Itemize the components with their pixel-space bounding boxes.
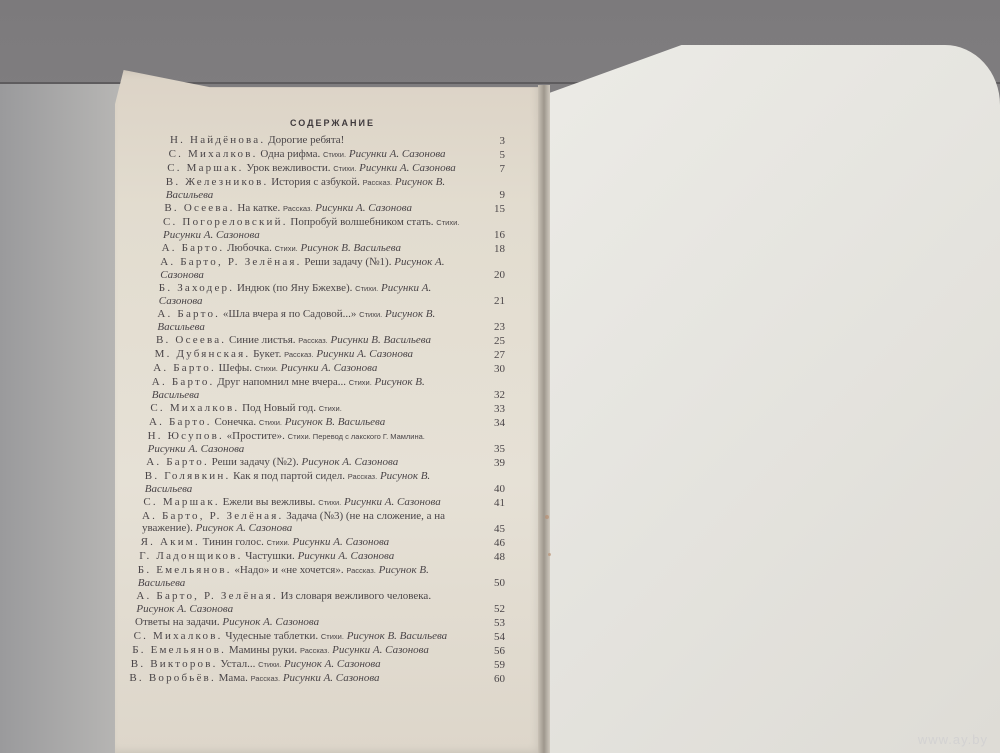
toc-entry-text: Ответы на задачи. Рисунок А. Сазонова bbox=[135, 616, 465, 629]
toc-entry: А. Барто. Любочка. Стихи. Рисунок В. Вас… bbox=[162, 242, 505, 255]
entry-kind: Стихи. bbox=[259, 418, 282, 427]
entry-kind: Рассказ. bbox=[348, 472, 377, 481]
toc-entry-text: С. Михалков. Одна рифма. Стихи. Рисунки … bbox=[169, 148, 465, 161]
entry-title: «Простите». bbox=[227, 430, 285, 442]
entry-title: Любочка. bbox=[227, 242, 272, 254]
toc-entry: А. Барто. Друг напомнил мне вчера... Сти… bbox=[152, 376, 505, 401]
entry-author: С. Маршак. bbox=[167, 162, 243, 174]
entry-page-number: 56 bbox=[494, 645, 505, 657]
toc-entry: Б. Емельянов. Мамины руки. Рассказ. Рису… bbox=[132, 644, 505, 657]
entry-author: С. Погореловский. bbox=[163, 216, 288, 228]
toc-entry-text: В. Железников. История с азбукой. Расска… bbox=[166, 176, 465, 201]
entry-illustrator: Рисунок А. Сазонова bbox=[196, 522, 293, 534]
entry-page-number: 3 bbox=[500, 135, 506, 147]
toc-entry: А. Барто. Шефы. Стихи. Рисунки А. Сазоно… bbox=[153, 362, 505, 375]
entry-page-number: 23 bbox=[494, 321, 505, 333]
right-page-blank bbox=[545, 45, 1000, 753]
entry-kind: Рассказ. bbox=[284, 350, 313, 359]
toc-entry-text: С. Погореловский. Попробуй волшебником с… bbox=[163, 216, 465, 241]
toc-entry: С. Маршак. Ежели вы вежливы. Стихи. Рису… bbox=[143, 496, 505, 509]
toc-entry-text: Н. Найдёнова. Дорогие ребята! bbox=[170, 134, 465, 147]
entry-page-number: 59 bbox=[494, 659, 505, 671]
entry-author: М. Дубянская. bbox=[155, 348, 251, 360]
entry-kind: Стихи. bbox=[318, 498, 341, 507]
entry-illustrator: Рисунки А. Сазонова bbox=[349, 148, 446, 160]
entry-author: А. Барто. bbox=[162, 242, 225, 254]
toc-entry-text: М. Дубянская. Букет. Рассказ. Рисунки А.… bbox=[155, 348, 465, 361]
entry-page-number: 25 bbox=[494, 335, 505, 347]
entry-page-number: 32 bbox=[494, 389, 505, 401]
entry-kind: Рассказ. bbox=[346, 566, 375, 575]
entry-author: Б. Заходер. bbox=[159, 282, 234, 294]
entry-illustrator: Рисунок А. Сазонова bbox=[136, 603, 233, 615]
entry-title: «Шла вчера я по Садовой...» bbox=[223, 308, 357, 320]
entry-illustrator: Рисунки А. Сазонова bbox=[148, 443, 245, 455]
entry-title: История с азбукой. bbox=[271, 176, 360, 188]
open-book: СОДЕРЖАНИЕ Н. Найдёнова. Дорогие ребята!… bbox=[0, 0, 1000, 753]
entry-page-number: 20 bbox=[494, 269, 505, 281]
entry-title: Под Новый год. bbox=[242, 402, 316, 414]
entry-title: Как я под партой сидел. bbox=[233, 470, 345, 482]
toc-entry-text: В. Голявкин. Как я под партой сидел. Рас… bbox=[145, 470, 465, 495]
entry-author: А. Барто. bbox=[152, 376, 215, 388]
toc-entry: А. Барто, Р. Зелёная. Задача (№3) (не на… bbox=[142, 510, 505, 535]
toc-entry-text: Б. Емельянов. Мамины руки. Рассказ. Рису… bbox=[132, 644, 465, 657]
entry-kind: Стихи. bbox=[275, 244, 298, 253]
toc-entry-text: А. Барто, Р. Зелёная. Задача (№3) (не на… bbox=[142, 510, 465, 535]
entry-author: А. Барто. bbox=[157, 308, 220, 320]
toc-entry: М. Дубянская. Букет. Рассказ. Рисунки А.… bbox=[155, 348, 505, 361]
entry-title: Реши задачу (№1). bbox=[304, 256, 391, 268]
toc-entry: В. Осеева. Синие листья. Рассказ. Рисунк… bbox=[156, 334, 505, 347]
toc-entry: С. Михалков. Под Новый год. Стихи. 33 bbox=[150, 402, 505, 415]
entry-author: Г. Ладонщиков. bbox=[139, 550, 242, 562]
entry-kind: Рассказ. bbox=[283, 204, 312, 213]
entry-kind: Стихи. bbox=[333, 164, 356, 173]
toc-entry: Н. Найдёнова. Дорогие ребята! 3 bbox=[170, 134, 505, 147]
entry-author: В. Воробьёв. bbox=[129, 672, 216, 684]
entry-kind: Рассказ. bbox=[363, 178, 392, 187]
entry-page-number: 18 bbox=[494, 243, 505, 255]
entry-author: Н. Юсупов. bbox=[148, 430, 224, 442]
entry-title: Чудесные таблетки. bbox=[225, 630, 318, 642]
entry-kind: Стихи. bbox=[359, 310, 382, 319]
entry-author: А. Барто, Р. Зелёная. bbox=[142, 510, 283, 522]
toc-entry: В. Осеева. На катке. Рассказ. Рисунки А.… bbox=[164, 202, 505, 215]
entry-title: Синие листья. bbox=[229, 334, 296, 346]
entry-illustrator: Рисунок В. Васильева bbox=[285, 416, 385, 428]
entry-author: В. Голявкин. bbox=[145, 470, 231, 482]
entry-kind: Стихи. bbox=[355, 284, 378, 293]
entry-title: Шефы. bbox=[219, 362, 252, 374]
toc-entry-text: А. Барто. Друг напомнил мне вчера... Сти… bbox=[152, 376, 465, 401]
toc-entry: Я. Аким. Тинин голос. Стихи. Рисунки А. … bbox=[141, 536, 505, 549]
entry-illustrator: Рисунок А. Сазонова bbox=[302, 456, 399, 468]
toc-entry-text: С. Михалков. Под Новый год. Стихи. bbox=[150, 402, 465, 415]
entry-kind: Стихи. bbox=[319, 404, 342, 413]
entry-title: Урок вежливости. bbox=[246, 162, 330, 174]
toc-entry-text: В. Осеева. Синие листья. Рассказ. Рисунк… bbox=[156, 334, 465, 347]
entry-author: Б. Емельянов. bbox=[132, 644, 226, 656]
entry-illustrator: Рисунки В. Васильева bbox=[331, 334, 431, 346]
entry-author: С. Михалков. bbox=[150, 402, 239, 414]
toc-entry: С. Михалков. Чудесные таблетки. Стихи. Р… bbox=[134, 630, 505, 643]
entry-page-number: 5 bbox=[500, 149, 506, 161]
entry-author: А. Барто, Р. Зелёная. bbox=[160, 256, 301, 268]
entry-kind: Стихи. bbox=[436, 218, 459, 227]
toc-entry-text: С. Маршак. Урок вежливости. Стихи. Рисун… bbox=[167, 162, 465, 175]
entry-kind: Рассказ. bbox=[300, 646, 329, 655]
entry-illustrator: Рисунки А. Сазонова bbox=[292, 536, 389, 548]
entry-illustrator: Рисунки А. Сазонова bbox=[163, 229, 260, 241]
entry-page-number: 34 bbox=[494, 417, 505, 429]
entry-illustrator: Рисунки А. Сазонова bbox=[359, 162, 456, 174]
entry-page-number: 16 bbox=[494, 229, 505, 241]
entry-kind: Стихи. bbox=[323, 150, 346, 159]
entry-page-number: 60 bbox=[494, 673, 505, 685]
toc-entry-text: А. Барто. Сонечка. Стихи. Рисунок В. Вас… bbox=[149, 416, 465, 429]
entry-title: Тинин голос. bbox=[203, 536, 264, 548]
entry-author: А. Барто. bbox=[149, 416, 212, 428]
entry-page-number: 52 bbox=[494, 603, 505, 615]
entry-title: Устал... bbox=[220, 658, 255, 670]
entry-title: Частушки. bbox=[245, 550, 295, 562]
entry-kind: Стихи. bbox=[349, 378, 372, 387]
toc-list: Н. Найдёнова. Дорогие ребята! 3С. Михалк… bbox=[120, 134, 505, 685]
table-of-contents: СОДЕРЖАНИЕ Н. Найдёнова. Дорогие ребята!… bbox=[120, 118, 505, 686]
toc-entry-text: А. Барто. Любочка. Стихи. Рисунок В. Вас… bbox=[162, 242, 465, 255]
toc-title: СОДЕРЖАНИЕ bbox=[160, 118, 505, 128]
entry-page-number: 27 bbox=[494, 349, 505, 361]
entry-page-number: 33 bbox=[494, 403, 505, 415]
toc-entry: Б. Емельянов. «Надо» и «не хочется». Рас… bbox=[138, 564, 505, 589]
entry-author: Б. Емельянов. bbox=[138, 564, 232, 576]
entry-title: Индюк (по Яну Бжехве). bbox=[237, 282, 352, 294]
entry-title: Ответы на задачи. bbox=[135, 616, 220, 628]
entry-title: Из словаря вежливого человека. bbox=[281, 590, 431, 602]
watermark: www.ay.by bbox=[918, 732, 988, 747]
entry-author: В. Осеева. bbox=[156, 334, 226, 346]
toc-entry: С. Маршак. Урок вежливости. Стихи. Рисун… bbox=[167, 162, 505, 175]
entry-illustrator: Рисунки А. Сазонова bbox=[315, 202, 412, 214]
entry-author: А. Барто. bbox=[146, 456, 209, 468]
toc-entry: С. Михалков. Одна рифма. Стихи. Рисунки … bbox=[169, 148, 505, 161]
entry-illustrator: Рисунки А. Сазонова bbox=[344, 496, 441, 508]
toc-entry-text: А. Барто, Р. Зелёная. Реши задачу (№1). … bbox=[160, 256, 465, 281]
entry-kind: Рассказ. bbox=[251, 674, 280, 683]
entry-kind: Рассказ. bbox=[298, 336, 327, 345]
entry-page-number: 7 bbox=[500, 163, 506, 175]
entry-title: На катке. bbox=[237, 202, 280, 214]
toc-entry: С. Погореловский. Попробуй волшебником с… bbox=[163, 216, 505, 241]
entry-author: А. Барто, Р. Зелёная. bbox=[136, 590, 277, 602]
entry-page-number: 9 bbox=[500, 189, 506, 201]
toc-entry-text: В. Осеева. На катке. Рассказ. Рисунки А.… bbox=[164, 202, 465, 215]
entry-author: Я. Аким. bbox=[141, 536, 200, 548]
toc-entry-text: А. Барто. Шефы. Стихи. Рисунки А. Сазоно… bbox=[153, 362, 465, 375]
entry-illustrator: Рисунок В. Васильева bbox=[347, 630, 447, 642]
toc-entry-text: Н. Юсупов. «Простите». Стихи. Перевод с … bbox=[148, 430, 465, 455]
entry-kind: Стихи. bbox=[258, 660, 281, 669]
entry-page-number: 41 bbox=[494, 497, 505, 509]
entry-author: А. Барто. bbox=[153, 362, 216, 374]
toc-entry-text: А. Барто, Р. Зелёная. Из словаря вежливо… bbox=[136, 590, 465, 615]
entry-page-number: 50 bbox=[494, 577, 505, 589]
entry-author: В. Железников. bbox=[166, 176, 269, 188]
entry-title: Сонечка. bbox=[214, 416, 256, 428]
entry-author: С. Маршак. bbox=[143, 496, 219, 508]
toc-entry-text: А. Барто. Реши задачу (№2). Рисунок А. С… bbox=[146, 456, 465, 469]
toc-entry-text: Я. Аким. Тинин голос. Стихи. Рисунки А. … bbox=[141, 536, 465, 549]
toc-entry-text: С. Маршак. Ежели вы вежливы. Стихи. Рису… bbox=[143, 496, 465, 509]
entry-kind: Стихи. bbox=[267, 538, 290, 547]
toc-entry-text: В. Викторов. Устал... Стихи. Рисунок А. … bbox=[131, 658, 465, 671]
entry-title: Ежели вы вежливы. bbox=[223, 496, 316, 508]
toc-entry-text: Г. Ладонщиков. Частушки. Рисунки А. Сазо… bbox=[139, 550, 465, 563]
entry-author: Н. Найдёнова. bbox=[170, 134, 265, 146]
entry-page-number: 48 bbox=[494, 551, 505, 563]
entry-page-number: 35 bbox=[494, 443, 505, 455]
toc-entry-text: Б. Заходер. Индюк (по Яну Бжехве). Стихи… bbox=[159, 282, 465, 307]
toc-entry: А. Барто, Р. Зелёная. Реши задачу (№1). … bbox=[160, 256, 505, 281]
toc-entry: Б. Заходер. Индюк (по Яну Бжехве). Стихи… bbox=[159, 282, 505, 307]
entry-illustrator: Рисунок А. Сазонова bbox=[284, 658, 381, 670]
entry-page-number: 15 bbox=[494, 203, 505, 215]
entry-illustrator: Рисунки А. Сазонова bbox=[283, 672, 380, 684]
entry-author: В. Викторов. bbox=[131, 658, 218, 670]
toc-entry: А. Барто, Р. Зелёная. Из словаря вежливо… bbox=[136, 590, 505, 615]
toc-entry: А. Барто. «Шла вчера я по Садовой...» Ст… bbox=[157, 308, 505, 333]
entry-title: Попробуй волшебником стать. bbox=[290, 216, 433, 228]
entry-page-number: 46 bbox=[494, 537, 505, 549]
toc-entry: В. Железников. История с азбукой. Расска… bbox=[166, 176, 505, 201]
entry-illustrator: Рисунки А. Сазонова bbox=[316, 348, 413, 360]
entry-title: Реши задачу (№2). bbox=[212, 456, 299, 468]
entry-illustrator: Рисунок В. Васильева bbox=[300, 242, 400, 254]
entry-kind: Стихи. Перевод с лакского Г. Мамлина. bbox=[288, 432, 425, 441]
entry-page-number: 39 bbox=[494, 457, 505, 469]
entry-page-number: 54 bbox=[494, 631, 505, 643]
entry-title: Дорогие ребята! bbox=[268, 134, 344, 146]
entry-kind: Стихи. bbox=[255, 364, 278, 373]
entry-title: Мама. bbox=[219, 672, 248, 684]
entry-title: Мамины руки. bbox=[229, 644, 297, 656]
paper-stain bbox=[545, 515, 549, 519]
toc-entry: Н. Юсупов. «Простите». Стихи. Перевод с … bbox=[148, 430, 505, 455]
toc-entry: В. Воробьёв. Мама. Рассказ. Рисунки А. С… bbox=[129, 672, 505, 685]
toc-entry: В. Викторов. Устал... Стихи. Рисунок А. … bbox=[131, 658, 505, 671]
toc-entry: Ответы на задачи. Рисунок А. Сазонова 53 bbox=[135, 616, 505, 629]
toc-entry: Г. Ладонщиков. Частушки. Рисунки А. Сазо… bbox=[139, 550, 505, 563]
entry-title: Одна рифма. bbox=[260, 148, 320, 160]
entry-page-number: 30 bbox=[494, 363, 505, 375]
entry-page-number: 21 bbox=[494, 295, 505, 307]
entry-kind: Стихи. bbox=[321, 632, 344, 641]
toc-entry-text: С. Михалков. Чудесные таблетки. Стихи. Р… bbox=[134, 630, 465, 643]
entry-author: С. Михалков. bbox=[169, 148, 258, 160]
entry-title: Букет. bbox=[253, 348, 281, 360]
toc-entry: А. Барто. Сонечка. Стихи. Рисунок В. Вас… bbox=[149, 416, 505, 429]
toc-entry-text: А. Барто. «Шла вчера я по Садовой...» Ст… bbox=[157, 308, 465, 333]
toc-entry-text: В. Воробьёв. Мама. Рассказ. Рисунки А. С… bbox=[129, 672, 465, 685]
entry-page-number: 40 bbox=[494, 483, 505, 495]
entry-illustrator: Рисунки А. Сазонова bbox=[298, 550, 395, 562]
entry-illustrator: Рисунки А. Сазонова bbox=[332, 644, 429, 656]
book-gutter bbox=[538, 85, 550, 753]
entry-illustrator: Рисунок А. Сазонова bbox=[222, 616, 319, 628]
entry-title: «Надо» и «не хочется». bbox=[234, 564, 343, 576]
toc-entry: А. Барто. Реши задачу (№2). Рисунок А. С… bbox=[146, 456, 505, 469]
entry-illustrator: Рисунки А. Сазонова bbox=[281, 362, 378, 374]
paper-stain bbox=[548, 553, 551, 556]
entry-page-number: 53 bbox=[494, 617, 505, 629]
entry-title: Друг напомнил мне вчера... bbox=[217, 376, 346, 388]
entry-page-number: 45 bbox=[494, 523, 505, 535]
toc-entry: В. Голявкин. Как я под партой сидел. Рас… bbox=[145, 470, 505, 495]
entry-author: С. Михалков. bbox=[134, 630, 223, 642]
entry-author: В. Осеева. bbox=[164, 202, 234, 214]
toc-entry-text: Б. Емельянов. «Надо» и «не хочется». Рас… bbox=[138, 564, 465, 589]
